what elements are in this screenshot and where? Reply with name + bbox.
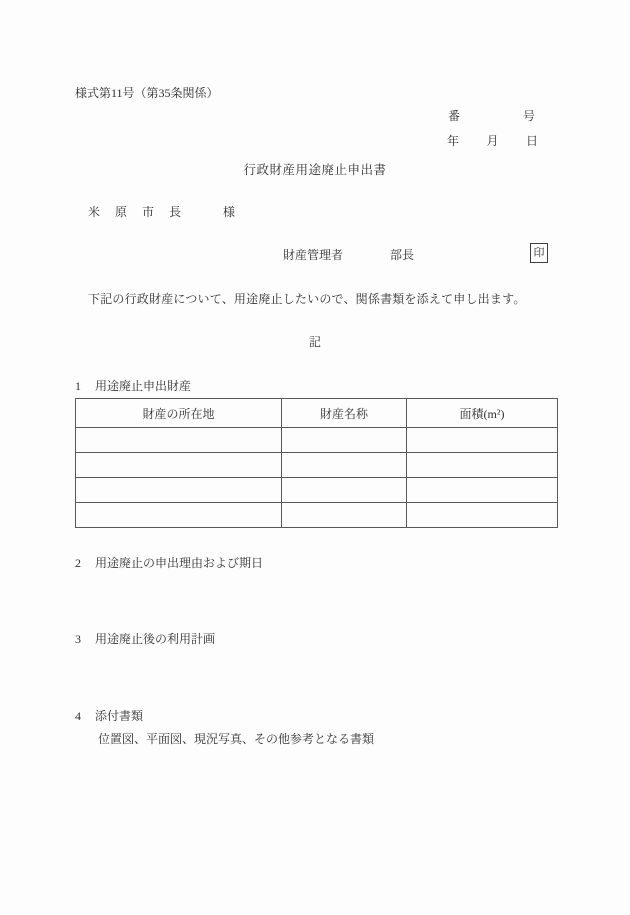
- number-prefix-label: 番: [448, 107, 460, 124]
- table-row: [76, 478, 558, 503]
- attached-documents-detail: 位置図、平面図、現況写真、その他参考となる書類: [98, 730, 374, 747]
- table-row: [76, 453, 558, 478]
- form-number: 様式第11号（第35条関係）: [75, 84, 219, 101]
- table-cell-location: [76, 428, 282, 453]
- section-heading-1: 1用途廃止申出財産: [75, 377, 191, 394]
- table-cell-area: [407, 478, 558, 503]
- table-cell-location: [76, 503, 282, 528]
- section-label: 用途廃止申出財産: [95, 379, 191, 393]
- year-label: 年: [447, 132, 459, 149]
- section-label: 用途廃止の申出理由および期日: [95, 556, 263, 570]
- document-page: 様式第11号（第35条関係） 番 号 年 月 日 行政財産用途廃止申出書 米原市…: [0, 0, 630, 915]
- body-text: 下記の行政財産について、用途廃止したいので、関係書類を添えて申し出ます。: [88, 290, 526, 307]
- addressee-name: 米原市長: [88, 203, 196, 220]
- table-cell-area: [407, 428, 558, 453]
- section-number: 1: [75, 379, 95, 394]
- addressee-honorific: 様: [223, 203, 235, 220]
- section-heading-3: 3用途廃止後の利用計画: [75, 630, 215, 647]
- section-number: 3: [75, 632, 95, 647]
- table-cell-area: [407, 453, 558, 478]
- column-header-location: 財産の所在地: [76, 399, 282, 428]
- day-label: 日: [526, 132, 538, 149]
- table-cell-name: [282, 503, 407, 528]
- column-header-name: 財産名称: [282, 399, 407, 428]
- table-row: [76, 428, 558, 453]
- section-number: 2: [75, 556, 95, 571]
- section-label: 用途廃止後の利用計画: [95, 632, 215, 646]
- section-heading-2: 2用途廃止の申出理由および期日: [75, 554, 263, 571]
- document-date-line: 年 月 日: [447, 132, 538, 149]
- section-heading-4: 4添付書類: [75, 707, 143, 724]
- seal-placeholder-box: 印: [530, 243, 548, 263]
- record-marker: 記: [0, 333, 630, 350]
- month-label: 月: [486, 132, 498, 149]
- table-cell-location: [76, 478, 282, 503]
- table-row: [76, 503, 558, 528]
- property-table: 財産の所在地 財産名称 面積(m²): [75, 398, 558, 528]
- table-cell-name: [282, 453, 407, 478]
- number-suffix-label: 号: [523, 107, 535, 124]
- page-title: 行政財産用途廃止申出書: [0, 160, 630, 178]
- section-label: 添付書類: [95, 709, 143, 723]
- table-cell-location: [76, 453, 282, 478]
- table-header-row: 財産の所在地 財産名称 面積(m²): [76, 399, 558, 428]
- section-number: 4: [75, 709, 95, 724]
- table-cell-name: [282, 428, 407, 453]
- table-cell-name: [282, 478, 407, 503]
- document-number-line: 番 号: [448, 107, 535, 124]
- column-header-area: 面積(m²): [407, 399, 558, 428]
- property-manager-label: 財産管理者: [283, 246, 343, 263]
- property-manager-title: 部長: [390, 246, 414, 263]
- table-cell-area: [407, 503, 558, 528]
